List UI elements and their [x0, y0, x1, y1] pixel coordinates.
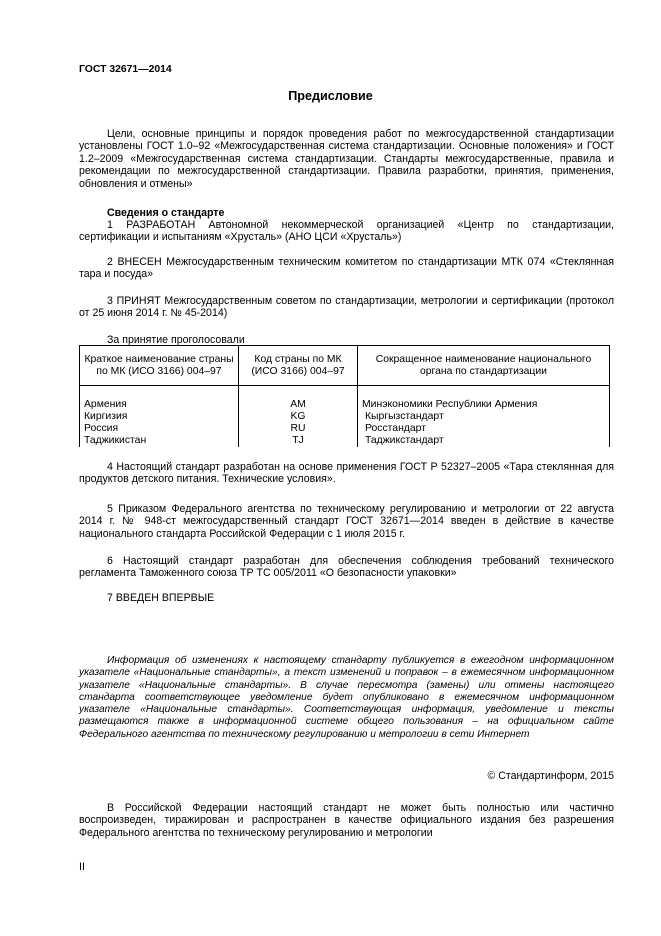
item-5: 5 Приказом Федерального агентства по тех… — [79, 503, 614, 540]
reproduction-notice-text: В Российской Федерации настоящий стандар… — [79, 802, 614, 839]
standards-body: Росстандарт — [358, 423, 610, 435]
country-code: RU — [239, 423, 358, 435]
page-title: Предисловие — [0, 90, 661, 102]
table-header-row: Краткое наименование страны по МК (ИСО 3… — [80, 346, 610, 386]
intro-text: Цели, основные принципы и порядок провед… — [79, 128, 614, 190]
country-name: Таджикистан — [80, 435, 239, 447]
standards-body: Таджикстандарт — [358, 435, 610, 447]
table-row: Армения AM Минэкономики Республики Армен… — [80, 386, 610, 412]
item-7-text: 7 ВВЕДЕН ВПЕРВЫЕ — [79, 592, 614, 604]
document-id-header: ГОСТ 32671—2014 — [79, 64, 172, 76]
country-name: Армения — [80, 386, 239, 412]
table-row: Россия RU Росстандарт — [80, 423, 610, 435]
item-6-text: 6 Настоящий стандарт разработан для обес… — [79, 555, 614, 580]
item-4-text: 4 Настоящий стандарт разработан на основ… — [79, 461, 614, 486]
item-3-text: 3 ПРИНЯТ Межгосударственным советом по с… — [79, 295, 614, 320]
item-1-text: 1 РАЗРАБОТАН Автономной некоммерческой о… — [79, 219, 614, 244]
header-country-code: Код страны по МК (ИСО 3166) 004–97 — [239, 346, 358, 386]
item-7: 7 ВВЕДЕН ВПЕРВЫЕ — [79, 592, 614, 604]
header-standards-body: Сокращенное наименование национального о… — [358, 346, 610, 386]
table-row: Таджикистан TJ Таджикстандарт — [80, 435, 610, 447]
item-5-text: 5 Приказом Федерального агентства по тех… — [79, 503, 614, 540]
change-notice-text: Информация об изменениях к настоящему ст… — [79, 655, 614, 741]
reproduction-notice: В Российской Федерации настоящий стандар… — [79, 802, 614, 839]
section-heading: Сведения о стандарте — [107, 207, 224, 219]
change-notice: Информация об изменениях к настоящему ст… — [79, 655, 614, 741]
item-3: 3 ПРИНЯТ Межгосударственным советом по с… — [79, 295, 614, 320]
voting-table: Краткое наименование страны по МК (ИСО 3… — [79, 345, 610, 447]
country-code: KG — [239, 411, 358, 423]
page-number: II — [79, 861, 85, 873]
standards-body: Кыргызстандарт — [358, 411, 610, 423]
item-6: 6 Настоящий стандарт разработан для обес… — [79, 555, 614, 580]
country-name: Киргизия — [80, 411, 239, 423]
country-code: TJ — [239, 435, 358, 447]
country-code: AM — [239, 386, 358, 412]
standards-body: Минэкономики Республики Армения — [358, 386, 610, 412]
item-1: 1 РАЗРАБОТАН Автономной некоммерческой о… — [79, 219, 614, 244]
country-name: Россия — [80, 423, 239, 435]
item-2: 2 ВНЕСЕН Межгосударственным техническим … — [79, 256, 614, 281]
copyright: © Стандартинформ, 2015 — [488, 770, 614, 782]
header-country-name: Краткое наименование страны по МК (ИСО 3… — [80, 346, 239, 386]
table-row: Киргизия KG Кыргызстандарт — [80, 411, 610, 423]
item-4: 4 Настоящий стандарт разработан на основ… — [79, 461, 614, 486]
item-2-text: 2 ВНЕСЕН Межгосударственным техническим … — [79, 256, 614, 281]
intro-paragraph: Цели, основные принципы и порядок провед… — [79, 128, 614, 190]
